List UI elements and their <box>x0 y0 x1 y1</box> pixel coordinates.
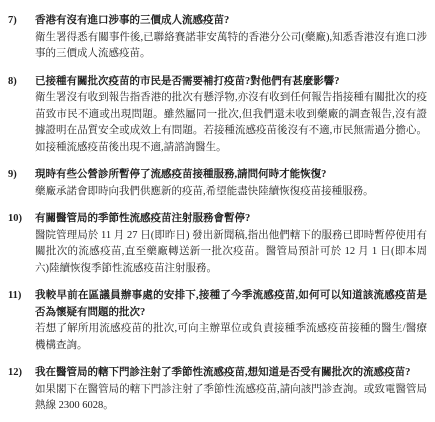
faq-item-8: 8) 已接種有關批次疫苗的市民是否需要補打疫苗?對他們有甚麼影響? 衛生署沒有收… <box>8 74 427 157</box>
faq-item-7: 7) 香港有沒有進口涉事的三價成人流感疫苗? 衛生署得悉有關事件後,已聯絡賽諾菲… <box>8 13 427 63</box>
item-question: 現時有些公營診所暫停了流感疫苗接種服務,請問何時才能恢復? <box>35 167 427 184</box>
item-content: 現時有些公營診所暫停了流感疫苗接種服務,請問何時才能恢復? 藥廠承諾會即時向我們… <box>35 167 427 200</box>
item-content: 有關醫管局的季節性流感疫苗注射服務會暫停? 醫院管理局於 11 月 27 日(即… <box>35 211 427 277</box>
item-content: 我較早前在區議員辦事處的安排下,接種了今季流感疫苗,如何可以知道該流感疫苗是否為… <box>35 288 427 354</box>
item-number: 10) <box>8 211 35 228</box>
item-question: 香港有沒有進口涉事的三價成人流感疫苗? <box>35 13 427 30</box>
item-number: 7) <box>8 13 35 30</box>
item-number: 11) <box>8 288 35 305</box>
faq-item-10: 10) 有關醫管局的季節性流感疫苗注射服務會暫停? 醫院管理局於 11 月 27… <box>8 211 427 277</box>
item-content: 已接種有關批次疫苗的市民是否需要補打疫苗?對他們有甚麼影響? 衛生署沒有收到報告… <box>35 74 427 157</box>
item-number: 9) <box>8 167 35 184</box>
item-question: 已接種有關批次疫苗的市民是否需要補打疫苗?對他們有甚麼影響? <box>35 74 427 91</box>
item-answer: 醫院管理局於 11 月 27 日(即昨日) 發出新聞稿,指出他們轄下的服務已即時… <box>35 228 427 278</box>
item-answer: 如果閣下在醫管局的轄下門診注射了季節性流感疫苗,請向該門診查詢。或致電醫管局熱線… <box>35 382 427 415</box>
item-question: 我較早前在區議員辦事處的安排下,接種了今季流感疫苗,如何可以知道該流感疫苗是否為… <box>35 288 427 321</box>
item-answer: 衛生署得悉有關事件後,已聯絡賽諾菲安萬特的香港分公司(藥廠),知悉香港沒有進口涉… <box>35 30 427 63</box>
item-question: 有關醫管局的季節性流感疫苗注射服務會暫停? <box>35 211 427 228</box>
item-content: 我在醫管局的轄下門診注射了季節性流感疫苗,想知道是否受有關批次的流感疫苗? 如果… <box>35 365 427 415</box>
item-question: 我在醫管局的轄下門診注射了季節性流感疫苗,想知道是否受有關批次的流感疫苗? <box>35 365 427 382</box>
faq-item-12: 12) 我在醫管局的轄下門診注射了季節性流感疫苗,想知道是否受有關批次的流感疫苗… <box>8 365 427 415</box>
document-page: 7) 香港有沒有進口涉事的三價成人流感疫苗? 衛生署得悉有關事件後,已聯絡賽諾菲… <box>0 0 435 422</box>
item-content: 香港有沒有進口涉事的三價成人流感疫苗? 衛生署得悉有關事件後,已聯絡賽諾菲安萬特… <box>35 13 427 63</box>
item-answer: 衛生署沒有收到報告指香港的批次有懸浮物,亦沒有收到任何報告指接種有關批次的疫苗致… <box>35 90 427 156</box>
item-number: 12) <box>8 365 35 382</box>
faq-item-9: 9) 現時有些公營診所暫停了流感疫苗接種服務,請問何時才能恢復? 藥廠承諾會即時… <box>8 167 427 200</box>
item-answer: 若想了解所用流感疫苗的批次,可向主辦單位或負責接種季流感疫苗接種的醫生/醫療機構… <box>35 321 427 354</box>
item-answer: 藥廠承諾會即時向我們供應新的疫苗,希望能盡快陸續恢復疫苗接種服務。 <box>35 184 427 201</box>
faq-item-11: 11) 我較早前在區議員辦事處的安排下,接種了今季流感疫苗,如何可以知道該流感疫… <box>8 288 427 354</box>
item-number: 8) <box>8 74 35 91</box>
